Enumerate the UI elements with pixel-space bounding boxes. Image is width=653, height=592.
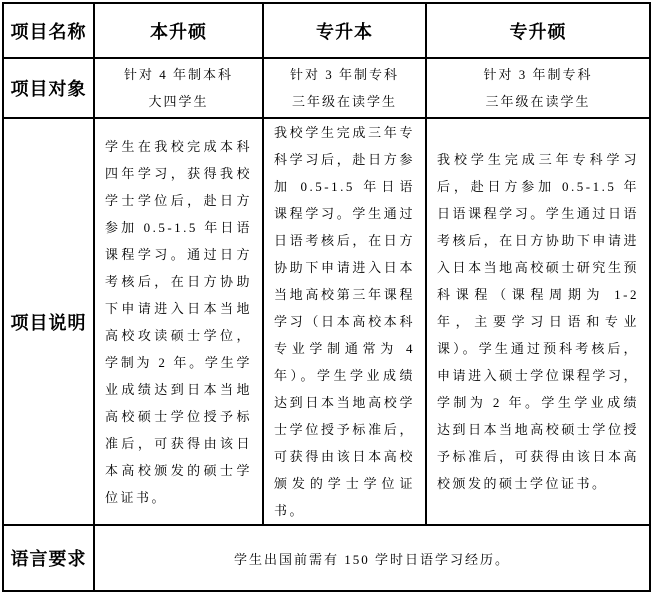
description-cell-diploma-to-master: 我校学生完成三年专科学习后，赴日方参加 0.5-1.5 年日语课程学习。学生通过… [426, 118, 650, 525]
target-line: 大四学生 [95, 88, 262, 115]
header-diploma-to-master: 专升硕 [426, 3, 650, 58]
description-text: 我校学生完成三年专科学习后，赴日方参加 0.5-1.5 年日语课程学习。学生通过… [427, 146, 649, 497]
target-cell-diploma-to-bachelor: 针对 3 年制专科 三年级在读学生 [263, 58, 426, 118]
program-comparison-table: 项目名称 本升硕 专升本 专升硕 项目对象 针对 4 年制本科 大四学生 针对 … [2, 2, 651, 592]
description-text: 学生在我校完成本科四年学习，获得我校学士学位后，赴日方参加 0.5-1.5 年日… [95, 133, 262, 511]
target-line: 针对 3 年制专科 [427, 61, 649, 88]
document-page: 项目名称 本升硕 专升本 专升硕 项目对象 针对 4 年制本科 大四学生 针对 … [0, 0, 653, 587]
row-program-description: 项目说明 学生在我校完成本科四年学习，获得我校学士学位后，赴日方参加 0.5-1… [3, 118, 650, 525]
description-cell-diploma-to-bachelor: 我校学生完成三年专科学习后，赴日方参加 0.5-1.5 年日语课程学习。学生通过… [263, 118, 426, 525]
language-requirement-cell: 学生出国前需有 150 学时日语学习经历。 [94, 525, 650, 591]
description-text: 我校学生完成三年专科学习后，赴日方参加 0.5-1.5 年日语课程学习。学生通过… [264, 119, 425, 524]
row-label-language-requirement: 语言要求 [3, 525, 94, 591]
target-cell-diploma-to-master: 针对 3 年制专科 三年级在读学生 [426, 58, 650, 118]
row-language-requirement: 语言要求 学生出国前需有 150 学时日语学习经历。 [3, 525, 650, 591]
table-header-row: 项目名称 本升硕 专升本 专升硕 [3, 3, 650, 58]
target-line: 针对 3 年制专科 [264, 61, 425, 88]
target-cell-bachelor-to-master: 针对 4 年制本科 大四学生 [94, 58, 263, 118]
header-diploma-to-bachelor: 专升本 [263, 3, 426, 58]
target-line: 针对 4 年制本科 [95, 61, 262, 88]
header-bachelor-to-master: 本升硕 [94, 3, 263, 58]
target-line: 三年级在读学生 [264, 88, 425, 115]
row-program-target: 项目对象 针对 4 年制本科 大四学生 针对 3 年制专科 三年级在读学生 针对… [3, 58, 650, 118]
description-cell-bachelor-to-master: 学生在我校完成本科四年学习，获得我校学士学位后，赴日方参加 0.5-1.5 年日… [94, 118, 263, 525]
target-line: 三年级在读学生 [427, 88, 649, 115]
row-label-program-target: 项目对象 [3, 58, 94, 118]
header-project-name: 项目名称 [3, 3, 94, 58]
row-label-program-description: 项目说明 [3, 118, 94, 525]
